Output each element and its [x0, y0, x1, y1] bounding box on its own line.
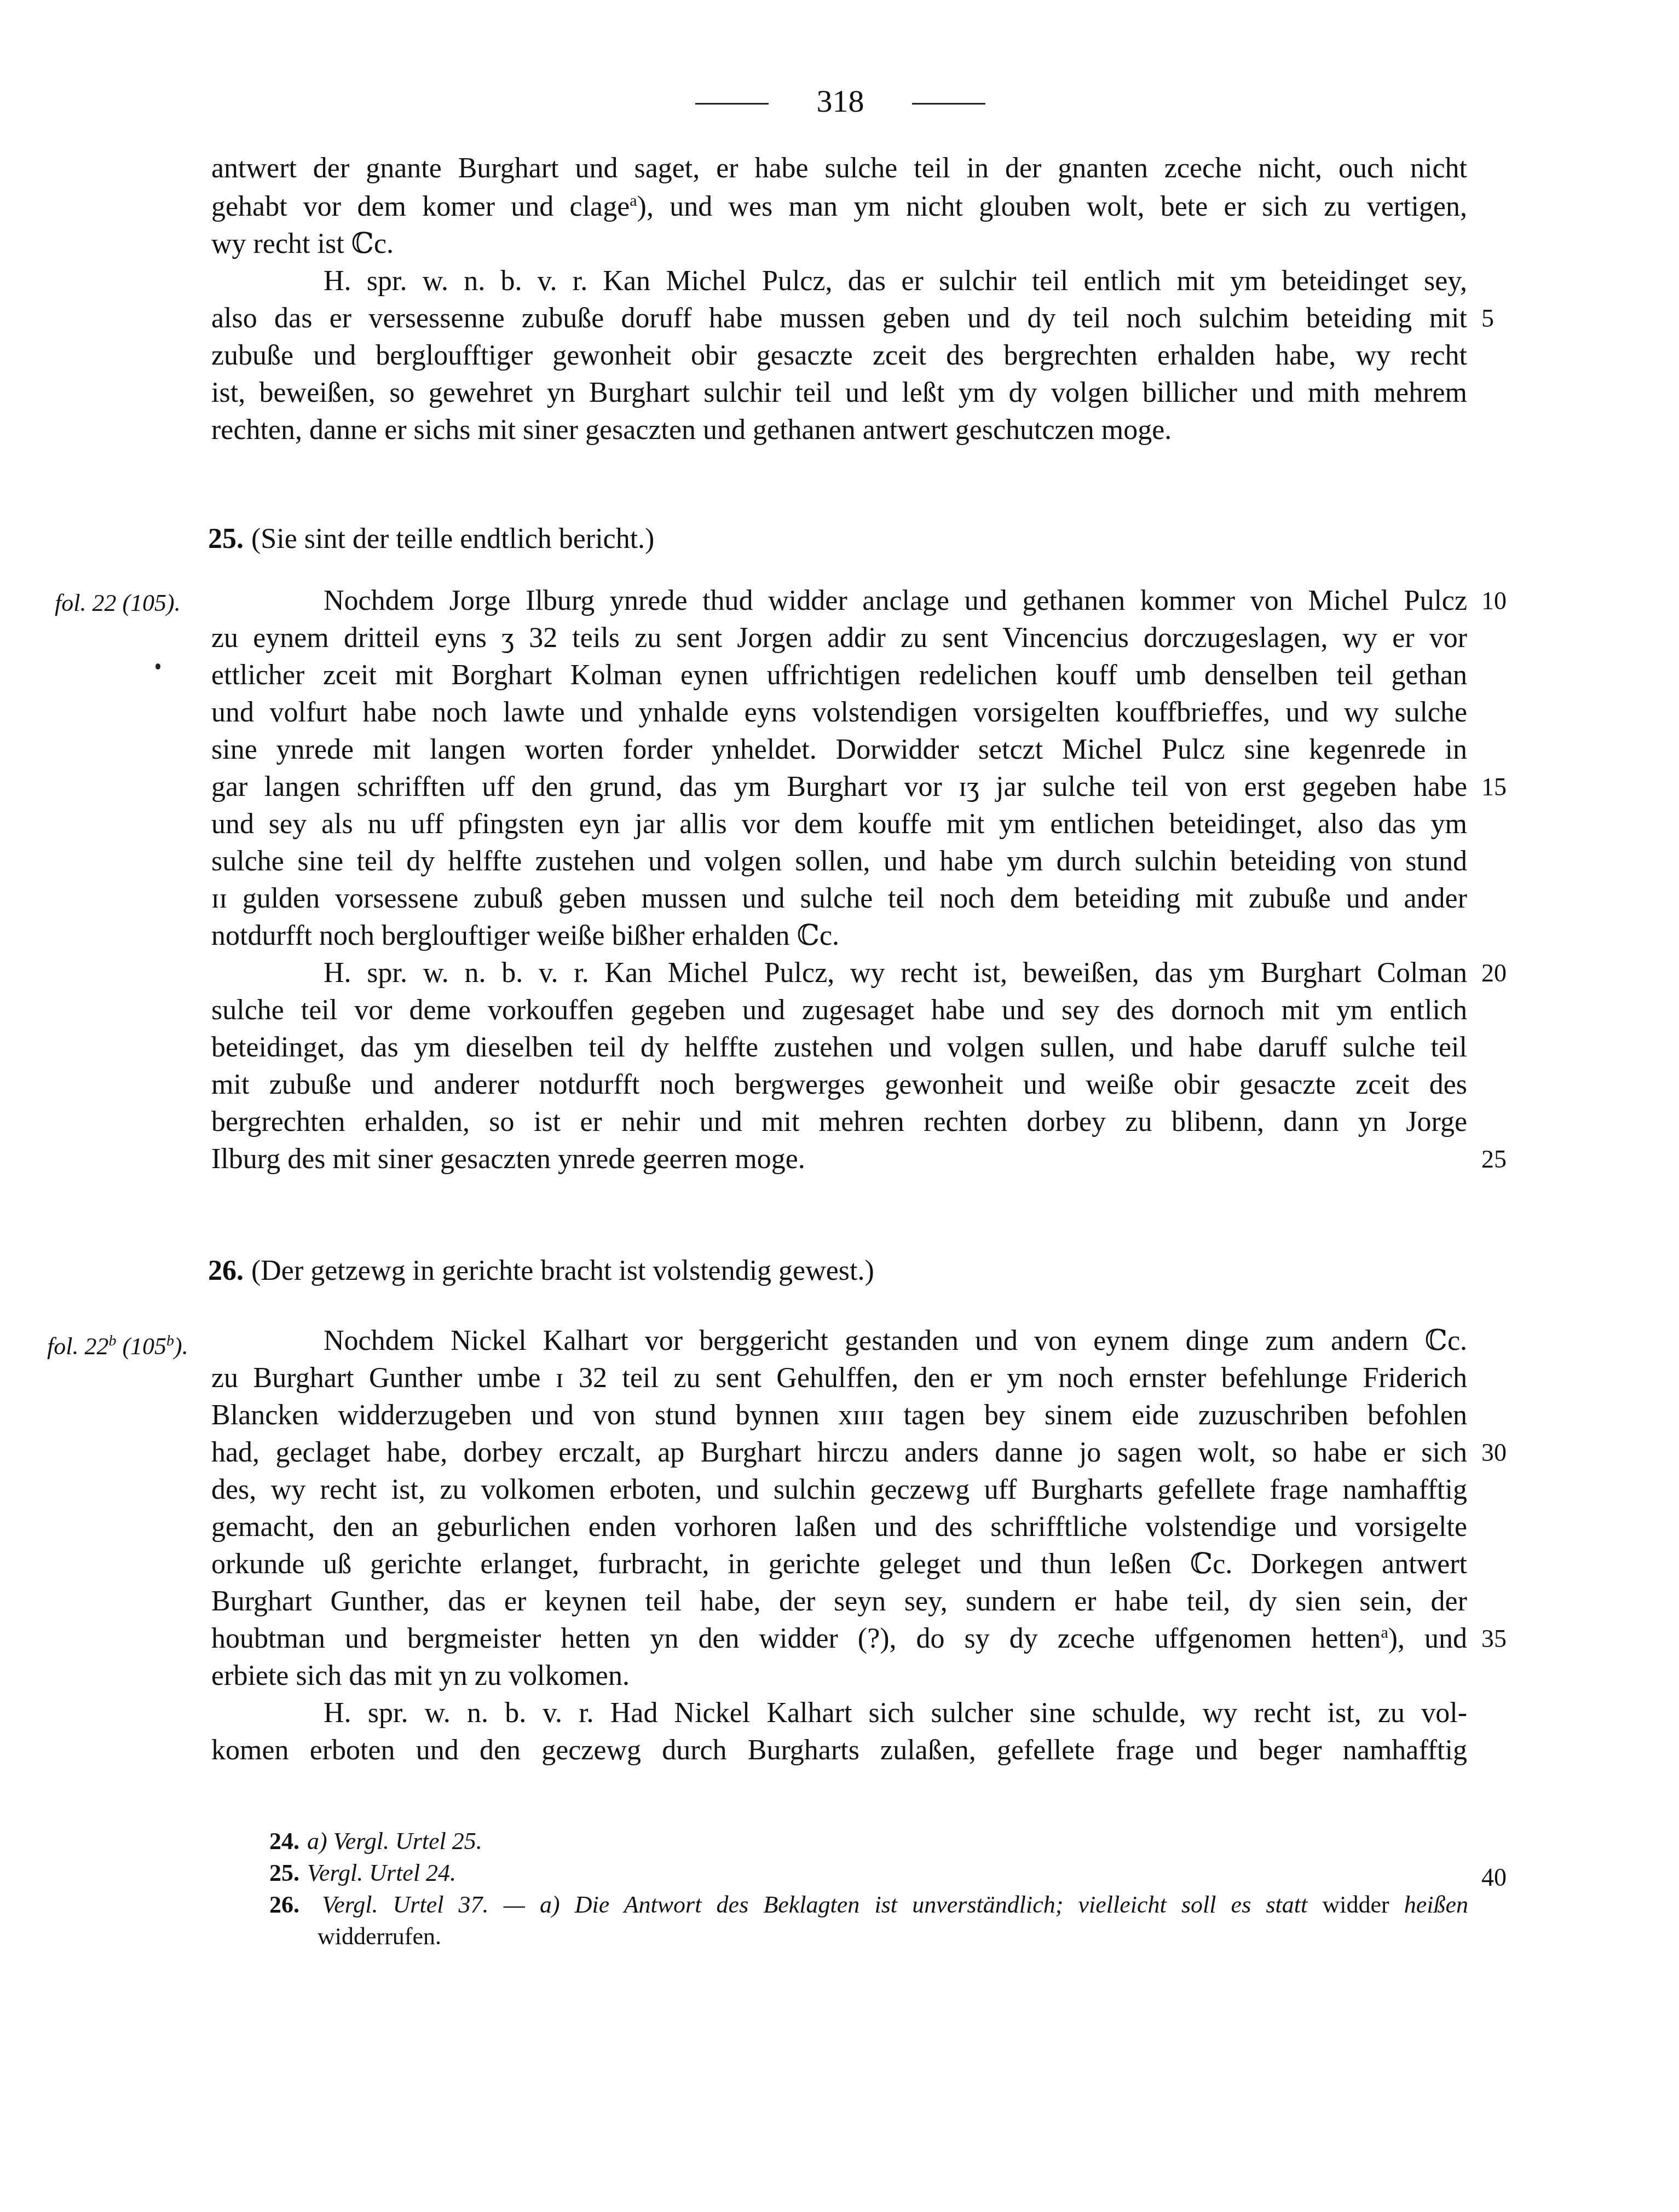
verdict-line: H. spr. w. n. b. v. r. Kan Michel Pulcz,…	[211, 957, 1467, 990]
footnote-26-continuation: widderrufen.	[318, 1921, 1516, 1952]
line-number: 30	[1481, 1436, 1507, 1469]
verdict-line: H. spr. w. n. b. v. r. Had Nickel Kalhar…	[211, 1697, 1467, 1730]
text-line: mit zubuße und anderer notdurfft noch be…	[211, 1069, 1467, 1101]
footnote-text: Vergl. Urtel 37. — a) Die Antwort des Be…	[322, 1891, 1307, 1918]
text-line: sine ynrede mit langen worten forder ynh…	[211, 734, 1467, 766]
text-line: gemacht, den an geburlichen enden vorhor…	[211, 1511, 1467, 1544]
left-rule	[695, 103, 769, 105]
text-fragment: ), und	[1388, 1623, 1467, 1654]
folio-sup: b	[108, 1332, 116, 1349]
line-number: 15	[1481, 771, 1507, 804]
text-fragment: gehabt vor dem komer und clage	[211, 191, 630, 222]
text-line: Nochdem Jorge Ilburg ynrede thud widder …	[211, 585, 1467, 617]
footnote-26: 26. Vergl. Urtel 37. — a) Die Antwort de…	[269, 1890, 1468, 1920]
line-number: 40	[1481, 1861, 1507, 1894]
folio-text: ).	[174, 1333, 188, 1360]
section-heading-25: 25.(Sie sint der teille endtlich bericht…	[208, 523, 654, 556]
text-fragment: ), und wes man ym nicht glouben wolt, be…	[637, 191, 1467, 222]
line-number: 5	[1481, 302, 1494, 335]
text-line: ettlicher zceit mit Borghart Kolman eyne…	[211, 659, 1467, 692]
line-number: 25	[1481, 1143, 1507, 1176]
text-line: und sey als nu uff pfingsten eyn jar all…	[211, 808, 1467, 841]
margin-mark	[155, 663, 160, 669]
folio-reference: fol. 22b (105b).	[47, 1325, 188, 1363]
text-line: Ilburg des mit siner gesaczten ynrede ge…	[211, 1143, 1467, 1176]
text-line: und volfurt habe noch lawte und ynhalde …	[211, 696, 1467, 729]
footnote-number: 24.	[269, 1828, 299, 1855]
line-number: 20	[1481, 957, 1507, 990]
footnote-25: 25.Vergl. Urtel 24.	[269, 1858, 1468, 1888]
text-line: Nochdem Nickel Kalhart vor berggericht g…	[211, 1325, 1467, 1358]
text-line: notdurfft noch berglouftiger weiße bißhe…	[211, 920, 1467, 952]
text-line: sulche teil vor deme vorkouffen gegeben …	[211, 994, 1467, 1027]
text-line: rechten, danne er sichs mit siner gesacz…	[211, 414, 1467, 447]
text-fragment: houbtman und bergmeister hetten yn den w…	[211, 1623, 1381, 1654]
footnote-24: 24.a) Vergl. Urtel 25.	[269, 1826, 1468, 1857]
text-line: des, wy recht ist, zu volkomen erboten, …	[211, 1474, 1467, 1506]
verdict-line: H. spr. w. n. b. v. r. Kan Michel Pulcz,…	[211, 265, 1467, 298]
section-title: (Der getzewg in gerichte bracht ist vols…	[251, 1255, 874, 1286]
footnote-text-roman: widder	[1322, 1891, 1389, 1918]
text-line: ist, beweißen, so gewehret yn Burghart s…	[211, 377, 1467, 409]
section-heading-26: 26.(Der getzewg in gerichte bracht ist v…	[208, 1255, 874, 1287]
text-line: zu eynem dritteil eyns ʒ 32 teils zu sen…	[211, 622, 1467, 655]
page-number: 318	[817, 82, 864, 120]
text-line: orkunde uß gerichte erlanget, furbracht,…	[211, 1548, 1467, 1581]
footnote-text: Vergl. Urtel 24.	[307, 1859, 456, 1886]
page-number-header: 318	[695, 82, 985, 120]
footnote-marker: a	[630, 192, 637, 210]
line-number: 35	[1481, 1622, 1507, 1655]
text-line: gar langen schrifften uff den grund, das…	[211, 771, 1467, 804]
text-line: beteidinget, das ym dieselben teil dy he…	[211, 1031, 1467, 1064]
text-line: antwert der gnante Burghart und saget, e…	[211, 152, 1467, 185]
line-number: 10	[1481, 585, 1507, 617]
text-line: houbtman und bergmeister hetten yn den w…	[211, 1622, 1467, 1655]
text-line: sulche sine teil dy helffte zustehen und…	[211, 845, 1467, 878]
folio-text: (105	[116, 1333, 166, 1360]
footnote-text: a) Vergl. Urtel 25.	[307, 1828, 482, 1855]
folio-text: fol. 22	[47, 1333, 108, 1360]
footnote-number: 25.	[269, 1859, 299, 1886]
text-line: erbiete sich das mit yn zu volkomen.	[211, 1660, 1467, 1693]
folio-sup: b	[166, 1332, 174, 1349]
right-rule	[912, 103, 985, 105]
folio-reference: fol. 22 (105).	[55, 587, 181, 620]
text-line: zubuße und bergloufftiger gewonheit obir…	[211, 339, 1467, 372]
section-title: (Sie sint der teille endtlich bericht.)	[251, 523, 654, 555]
footnote-number: 26.	[269, 1891, 299, 1918]
text-line: wy recht ist ℂc.	[211, 228, 1467, 261]
text-line: Burghart Gunther, das er keynen teil hab…	[211, 1585, 1467, 1618]
text-line: had, geclaget habe, dorbey erczalt, ap B…	[211, 1436, 1467, 1469]
text-line: gehabt vor dem komer und clagea), und we…	[211, 190, 1467, 223]
text-line: zu Burghart Gunther umbe ɪ 32 teil zu se…	[211, 1362, 1467, 1395]
footnote-marker: a	[1381, 1624, 1388, 1642]
text-line: bergrechten erhalden, so ist er nehir un…	[211, 1106, 1467, 1139]
section-number: 25.	[208, 523, 244, 555]
text-line: Blancken widderzugeben und von stund byn…	[211, 1399, 1467, 1432]
text-line: komen erboten und den geczewg durch Burg…	[211, 1734, 1467, 1767]
footnote-text: heißen	[1404, 1891, 1468, 1918]
text-line: also das er versessenne zubuße doruff ha…	[211, 302, 1467, 335]
section-number: 26.	[208, 1255, 244, 1286]
text-line: ɪɪ gulden vorsessene zubuß geben mussen …	[211, 882, 1467, 915]
